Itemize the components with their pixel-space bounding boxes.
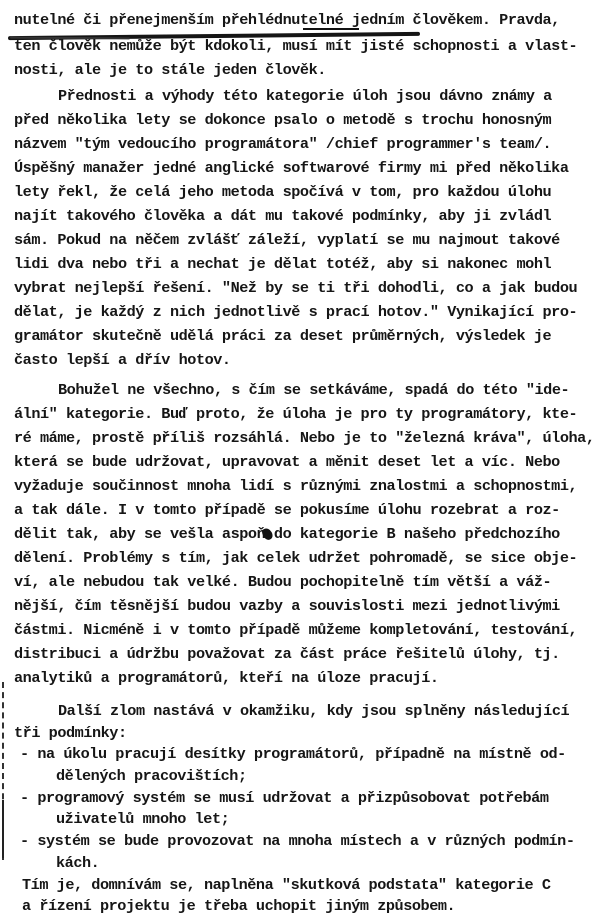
scanned-document-page: nutelné či přenejmenším přehlédnutelné j… bbox=[0, 0, 614, 916]
text-line: nější, čím těsnější budou vazby a souvis… bbox=[14, 596, 560, 616]
text-line: Další zlom nastává v okamžiku, kdy jsou … bbox=[58, 701, 569, 721]
text-line: gramátor skutečně udělá práci za deset p… bbox=[14, 326, 551, 346]
text-line: najít takového člověka a dát mu takové p… bbox=[14, 206, 551, 226]
text-line: sám. Pokud na něčem zvlášť záleží, vypla… bbox=[14, 230, 560, 250]
text-line: názvem "tým vedoucího programátora" /chi… bbox=[14, 134, 551, 154]
list-item-continuation: dělených pracovištích; bbox=[56, 766, 247, 786]
text-line: ré máme, prostě příliš rozsáhlá. Nebo je… bbox=[14, 428, 595, 448]
text-line: tři podmínky: bbox=[14, 723, 127, 743]
text-line: Úspěšný manažer jedné anglické softwarov… bbox=[14, 158, 569, 178]
text-line: ální" kategorie. Buď proto, že úloha je … bbox=[14, 404, 577, 424]
text-line: nutelné či přenejmenším přehlédnutelné j… bbox=[14, 10, 560, 30]
text-line: před několika lety se dokonce psalo o me… bbox=[14, 110, 551, 130]
list-item-first-line: - na úkolu pracují desítky programátorů,… bbox=[20, 744, 566, 764]
text-line: distribuci a údržbu považovat za část pr… bbox=[14, 644, 560, 664]
text-line: a tak dále. I v tomto případě se pokusím… bbox=[14, 500, 560, 520]
text-line: často lepší a dřív hotov. bbox=[14, 350, 231, 370]
text-line: částmi. Nicméně i v tomto případě můžeme… bbox=[14, 620, 577, 640]
text-line: Bohužel ne všechno, s čím se setkáváme, … bbox=[58, 380, 569, 400]
text-line: ten člověk nemůže být kdokoli, musí mít … bbox=[14, 36, 577, 56]
text-line: lidi dva nebo tři a nechat je dělat toté… bbox=[14, 254, 551, 274]
text-line: dělit tak, aby se vešla aspoň do kategor… bbox=[14, 524, 560, 544]
list-item-continuation: uživatelů mnoho let; bbox=[56, 809, 229, 829]
text-line: analytiků a programátorů, kteří na úloze… bbox=[14, 668, 439, 688]
text-line: Přednosti a výhody této kategorie úloh j… bbox=[58, 86, 552, 106]
list-item-continuation: kách. bbox=[56, 853, 99, 873]
text-line: dělat, je každý z nich jednotlivě s prac… bbox=[14, 302, 577, 322]
text-line: Tím je, domnívám se, naplněna "skutková … bbox=[22, 875, 551, 895]
text-line: dělení. Problémy s tím, jak celek udržet… bbox=[14, 548, 577, 568]
text-line: vyžaduje součinnost mnoha lidí s různými… bbox=[14, 476, 577, 496]
list-item-first-line: - programový systém se musí udržovat a p… bbox=[20, 788, 549, 808]
text-line: která se bude udržovat, upravovat a měni… bbox=[14, 452, 560, 472]
list-item-first-line: - systém se bude provozovat na mnoha mís… bbox=[20, 831, 575, 851]
margin-solid-rule bbox=[2, 800, 4, 858]
text-line: ví, ale nebudou tak velké. Budou pochopi… bbox=[14, 572, 551, 592]
text-line: lety řekl, že celá jeho metoda spočívá v… bbox=[14, 182, 551, 202]
text-line: a řízení projektu je třeba uchopit jiným… bbox=[22, 896, 455, 916]
text-line: vybrat nejlepší řešení. "Než by se ti tř… bbox=[14, 278, 577, 298]
text-line: nosti, ale je to stále jeden člověk. bbox=[14, 60, 326, 80]
